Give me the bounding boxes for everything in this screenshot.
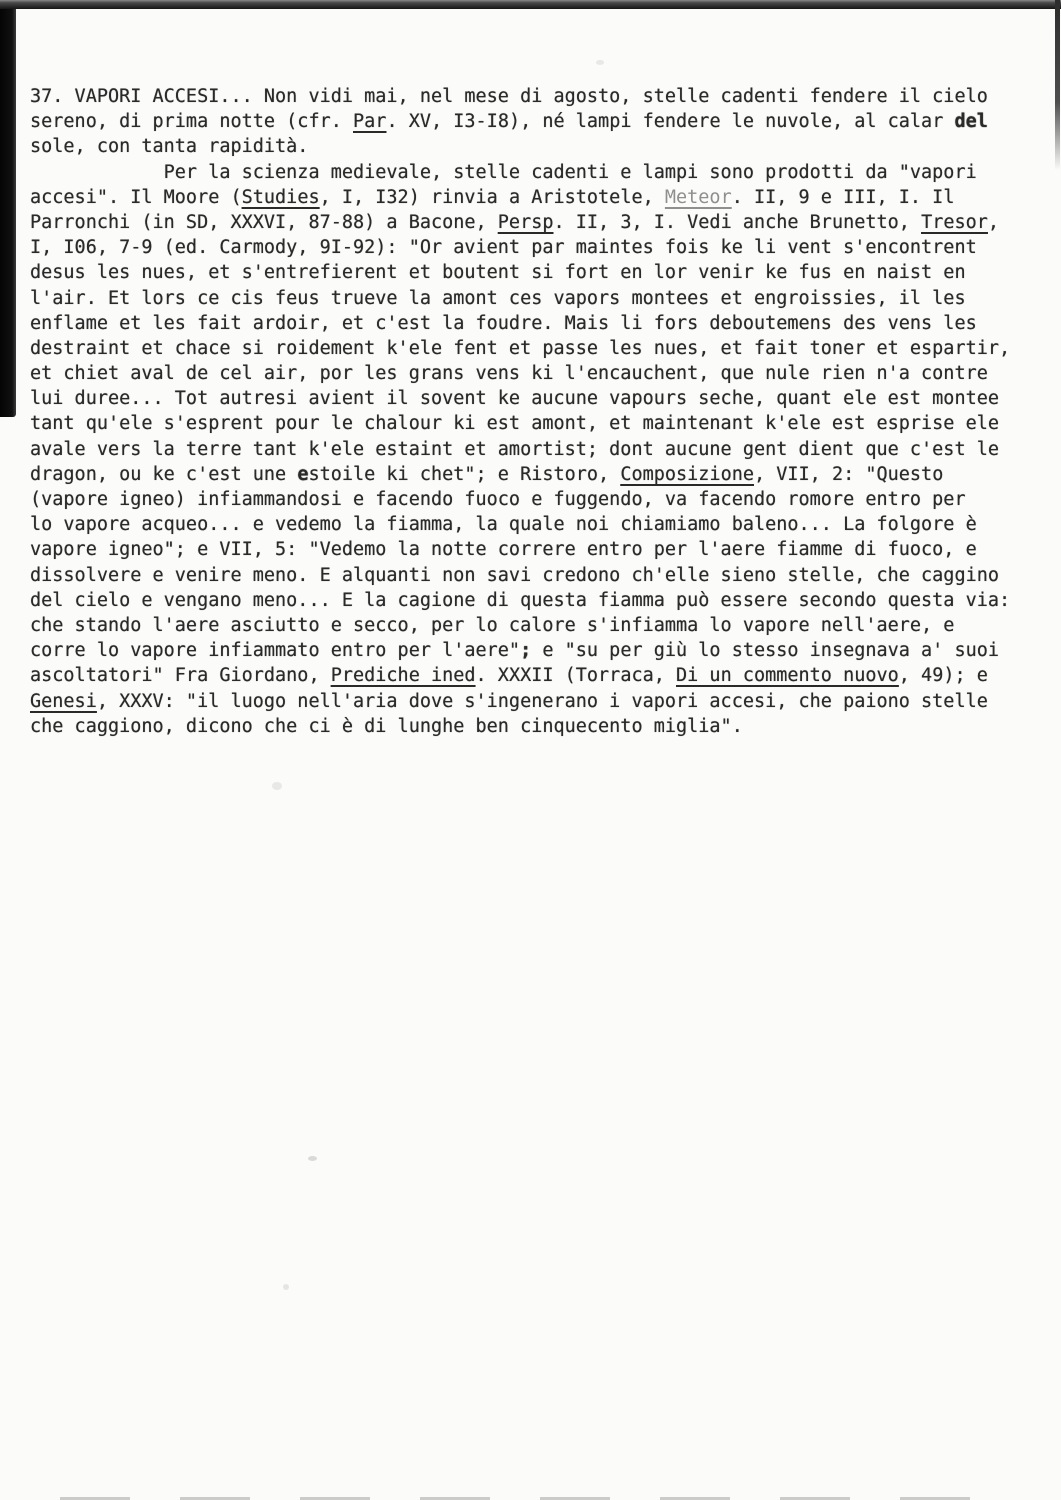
typed-line: destraint et chace si roidement k'ele fe… (30, 336, 1051, 361)
typed-segment: lo vapore acqueo... e vedemo la fiamma, … (30, 514, 977, 535)
underlined-citation: Meteor (665, 187, 732, 208)
typed-segment: , XXXV: "il luogo nell'aria dove s'ingen… (97, 691, 988, 712)
typed-line: 37. VAPORI ACCESI... Non vidi mai, nel m… (30, 84, 1051, 109)
typed-line: che caggiono, dicono che ci è di lunghe … (30, 714, 1051, 739)
typed-segment: del cielo e vengano meno... E la cagione… (30, 590, 1010, 611)
typed-line: I, I06, 7-9 (ed. Carmody, 9I-92): "Or av… (30, 235, 1051, 260)
top-scan-bar (0, 0, 1061, 9)
typed-segment: avale vers la terre tant k'ele estaint e… (30, 439, 999, 460)
right-scan-edge (1055, 0, 1060, 170)
typed-line: ascoltatori" Fra Giordano, Prediche ined… (30, 663, 1051, 688)
underlined-citation: Di un commento nuovo (676, 665, 899, 686)
typed-line: corre lo vapore infiammato entro per l'a… (30, 638, 1051, 663)
scan-speck (596, 60, 604, 65)
underlined-citation: Composizione (620, 464, 754, 485)
typed-segment: stoile ki chet"; e Ristoro, (308, 464, 620, 485)
typed-segment: vapore igneo"; e VII, 5: "Vedemo la nott… (30, 539, 977, 560)
typed-segment: , (988, 212, 999, 233)
typed-line: Genesi, XXXV: "il luogo nell'aria dove s… (30, 689, 1051, 714)
typed-segment: I, I06, 7-9 (ed. Carmody, 9I-92): "Or av… (30, 237, 977, 258)
typed-segment: enflame et les fait ardoir, et c'est la … (30, 313, 977, 334)
scan-speck (308, 1156, 317, 1161)
typed-line: sereno, di prima notte (cfr. Par. XV, I3… (30, 109, 1051, 134)
typed-segment: accesi". Il Moore ( (30, 187, 242, 208)
typed-segment: destraint et chace si roidement k'ele fe… (30, 338, 1010, 359)
typed-line: lo vapore acqueo... e vedemo la fiamma, … (30, 512, 1051, 537)
typed-line: tant qu'ele s'esprent pour le chalour ki… (30, 411, 1051, 436)
typed-line: l'air. Et lors ce cis feus trueve la amo… (30, 286, 1051, 311)
typed-segment: e "su per giù lo stesso insegnava a' suo… (531, 640, 999, 661)
underlined-citation: Par (353, 111, 386, 132)
typed-line: dissolvere e venire meno. E alquanti non… (30, 563, 1051, 588)
typed-line: lui duree... Tot autresi avient il soven… (30, 386, 1051, 411)
typed-line: accesi". Il Moore (Studies, I, I32) rinv… (30, 185, 1051, 210)
typed-line: sole, con tanta rapidità. (30, 134, 1051, 159)
underlined-citation: Tresor (921, 212, 988, 233)
typed-line: del cielo e vengano meno... E la cagione… (30, 588, 1051, 613)
typed-segment: . XXXII (Torraca, (476, 665, 676, 686)
typed-line: dragon, ou ke c'est une estoile ki chet"… (30, 462, 1051, 487)
typed-line: (vapore igneo) infiammandosi e facendo f… (30, 487, 1051, 512)
typed-segment: corre lo vapore infiammato entro per l'a… (30, 640, 520, 661)
typed-segment: l'air. Et lors ce cis feus trueve la amo… (30, 288, 966, 309)
typed-segment: lui duree... Tot autresi avient il soven… (30, 388, 999, 409)
underlined-citation: Studies (242, 187, 320, 208)
typed-segment: tant qu'ele s'esprent pour le chalour ki… (30, 413, 999, 434)
typed-segment: desus les nues, et s'entrefierent et bou… (30, 262, 966, 283)
underlined-citation: Prediche ined (331, 665, 476, 686)
typed-segment: Per la scienza medievale, stelle cadenti… (30, 162, 977, 183)
typed-line: desus les nues, et s'entrefierent et bou… (30, 260, 1051, 285)
underlined-citation: Genesi (30, 691, 97, 712)
typed-line: avale vers la terre tant k'ele estaint e… (30, 437, 1051, 462)
typed-segment: (vapore igneo) infiammandosi e facendo f… (30, 489, 966, 510)
typed-line: Parronchi (in SD, XXXVI, 87-88) a Bacone… (30, 210, 1051, 235)
typed-line: et chiet aval de cel air, por les grans … (30, 361, 1051, 386)
typed-segment: dragon, ou ke c'est une (30, 464, 297, 485)
left-scan-bar (0, 9, 16, 417)
typed-segment: che caggiono, dicono che ci è di lunghe … (30, 716, 743, 737)
scan-speck (272, 782, 282, 790)
typed-line: che stando l'aere asciutto e secco, per … (30, 613, 1051, 638)
typed-line: enflame et les fait ardoir, et c'est la … (30, 311, 1051, 336)
scan-speck (283, 1284, 289, 1290)
typed-segment: che stando l'aere asciutto e secco, per … (30, 615, 954, 636)
typed-segment: et chiet aval de cel air, por les grans … (30, 363, 988, 384)
typed-segment: ascoltatori" Fra Giordano, (30, 665, 331, 686)
typed-segment: sole, con tanta rapidità. (30, 136, 308, 157)
typed-segment: , I, I32) rinvia a Aristotele, (320, 187, 665, 208)
typed-segment: del (954, 111, 987, 132)
underlined-citation: Persp (498, 212, 554, 233)
typed-segment: , 49); e (899, 665, 988, 686)
typed-segment: sereno, di prima notte (cfr. (30, 111, 353, 132)
typed-segment: Parronchi (in SD, XXXVI, 87-88) a Bacone… (30, 212, 498, 233)
typed-segment: . II, 3, I. Vedi anche Brunetto, (554, 212, 922, 233)
typed-segment: 37. VAPORI ACCESI... Non vidi mai, nel m… (30, 86, 988, 107)
typed-text: 37. VAPORI ACCESI... Non vidi mai, nel m… (30, 84, 1051, 739)
typed-segment: , VII, 2: "Questo (754, 464, 943, 485)
typed-segment: dissolvere e venire meno. E alquanti non… (30, 565, 999, 586)
typed-segment: ; (520, 640, 531, 661)
typed-line: Per la scienza medievale, stelle cadenti… (30, 160, 1051, 185)
typed-segment: . XV, I3-I8), né lampi fendere le nuvole… (386, 111, 954, 132)
typed-segment: . II, 9 e III, I. Il (732, 187, 955, 208)
typed-line: vapore igneo"; e VII, 5: "Vedemo la nott… (30, 537, 1051, 562)
typed-segment: e (297, 464, 308, 485)
